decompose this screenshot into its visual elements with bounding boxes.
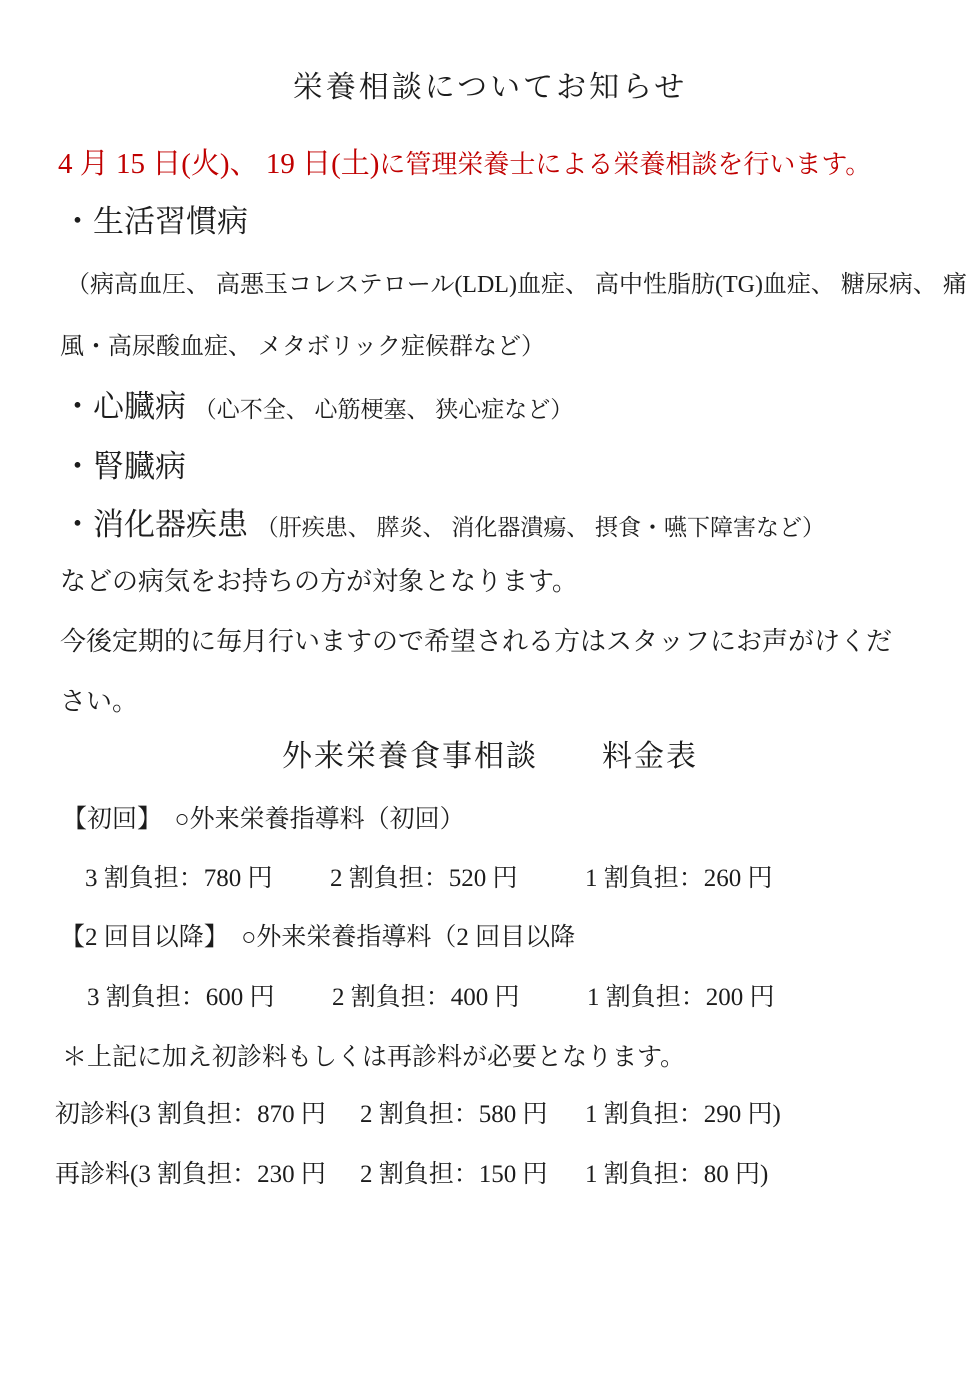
condition-heart-disease: ・心臓病 （心不全、 心筋梗塞、 狭心症など） [62, 381, 573, 426]
condition-digestive-detail: （肝疾患、 膵炎、 消化器潰瘍、 摂食・嚥下障害など） [256, 515, 825, 540]
first-consult-10pct: 1 割負担：290 円) [585, 1094, 781, 1130]
body-line-target-patients: などの病気をお持ちの方が対象となります。 [60, 561, 578, 598]
condition-lifestyle-disease: ・生活習慣病 [62, 196, 248, 241]
fee-first-30pct: 3 割負担：780 円 [85, 858, 330, 894]
condition-digestive-label: ・消化器疾患 [62, 507, 248, 542]
announcement-dates: 4 月 15 日(火)、 19 日(土) [58, 148, 379, 180]
repeat-consult-20pct: 2 割負担：150 円 [360, 1154, 585, 1190]
body-line-monthly-schedule: 今後定期的に毎月行いますので希望される方はスタッフにお声がけくだ [60, 621, 892, 658]
first-consult-20pct: 2 割負担：580 円 [360, 1094, 585, 1130]
fee-note: ＊上記に加え初診料もしくは再診料が必要となります。 [62, 1037, 685, 1073]
fee-first-10pct: 1 割負担：260 円 [585, 858, 773, 894]
fee-table-title: 外来栄養食事相談 料金表 [0, 731, 980, 775]
first-consult-30pct: 初診料(3 割負担：870 円 [55, 1094, 360, 1130]
body-line-continuation: さい。 [60, 681, 138, 718]
page-title: 栄養相談についてお知らせ [0, 62, 980, 106]
condition-digestive-disease: ・消化器疾患 （肝疾患、 膵炎、 消化器潰瘍、 摂食・嚥下障害など） [62, 499, 825, 544]
first-consultation-fee-row: 初診料(3 割負担：870 円 2 割負担：580 円 1 割負担：290 円) [55, 1094, 781, 1130]
announcement-line: 4 月 15 日(火)、 19 日(土)に管理栄養士による栄養相談を行います。 [58, 141, 871, 182]
condition-lifestyle-detail-line1: （病高血圧、 高悪玉コレステロール(LDL)血症、 高中性脂肪(TG)血症、 糖… [66, 264, 967, 299]
announcement-rest: に管理栄養士による栄養相談を行います。 [379, 150, 871, 179]
condition-heart-label: ・心臓病 [62, 389, 186, 424]
repeat-consultation-fee-row: 再診料(3 割負担：230 円 2 割負担：150 円 1 割負担：80 円) [55, 1154, 768, 1190]
repeat-consult-10pct: 1 割負担：80 円) [585, 1154, 768, 1190]
fee-followup-30pct: 3 割負担：600 円 [87, 977, 332, 1013]
fee-first-visit-heading: 【初回】 ○外来栄養指導料（初回） [62, 799, 465, 835]
fee-followup-heading: 【2 回目以降】 ○外来栄養指導料（2 回目以降 [60, 917, 575, 953]
fee-followup-10pct: 1 割負担：200 円 [587, 977, 775, 1013]
fee-first-20pct: 2 割負担：520 円 [330, 858, 585, 894]
condition-kidney-disease: ・腎臓病 [62, 441, 186, 486]
condition-heart-detail: （心不全、 心筋梗塞、 狭心症など） [194, 397, 574, 422]
fee-followup-prices: 3 割負担：600 円 2 割負担：400 円 1 割負担：200 円 [87, 977, 775, 1013]
condition-lifestyle-detail-line2: 風・高尿酸血症、 メタボリック症候群など） [60, 326, 545, 361]
notice-document: 栄養相談についてお知らせ 4 月 15 日(火)、 19 日(土)に管理栄養士に… [0, 0, 980, 1386]
fee-followup-20pct: 2 割負担：400 円 [332, 977, 587, 1013]
repeat-consult-30pct: 再診料(3 割負担：230 円 [55, 1154, 360, 1190]
fee-first-visit-prices: 3 割負担：780 円 2 割負担：520 円 1 割負担：260 円 [85, 858, 773, 894]
